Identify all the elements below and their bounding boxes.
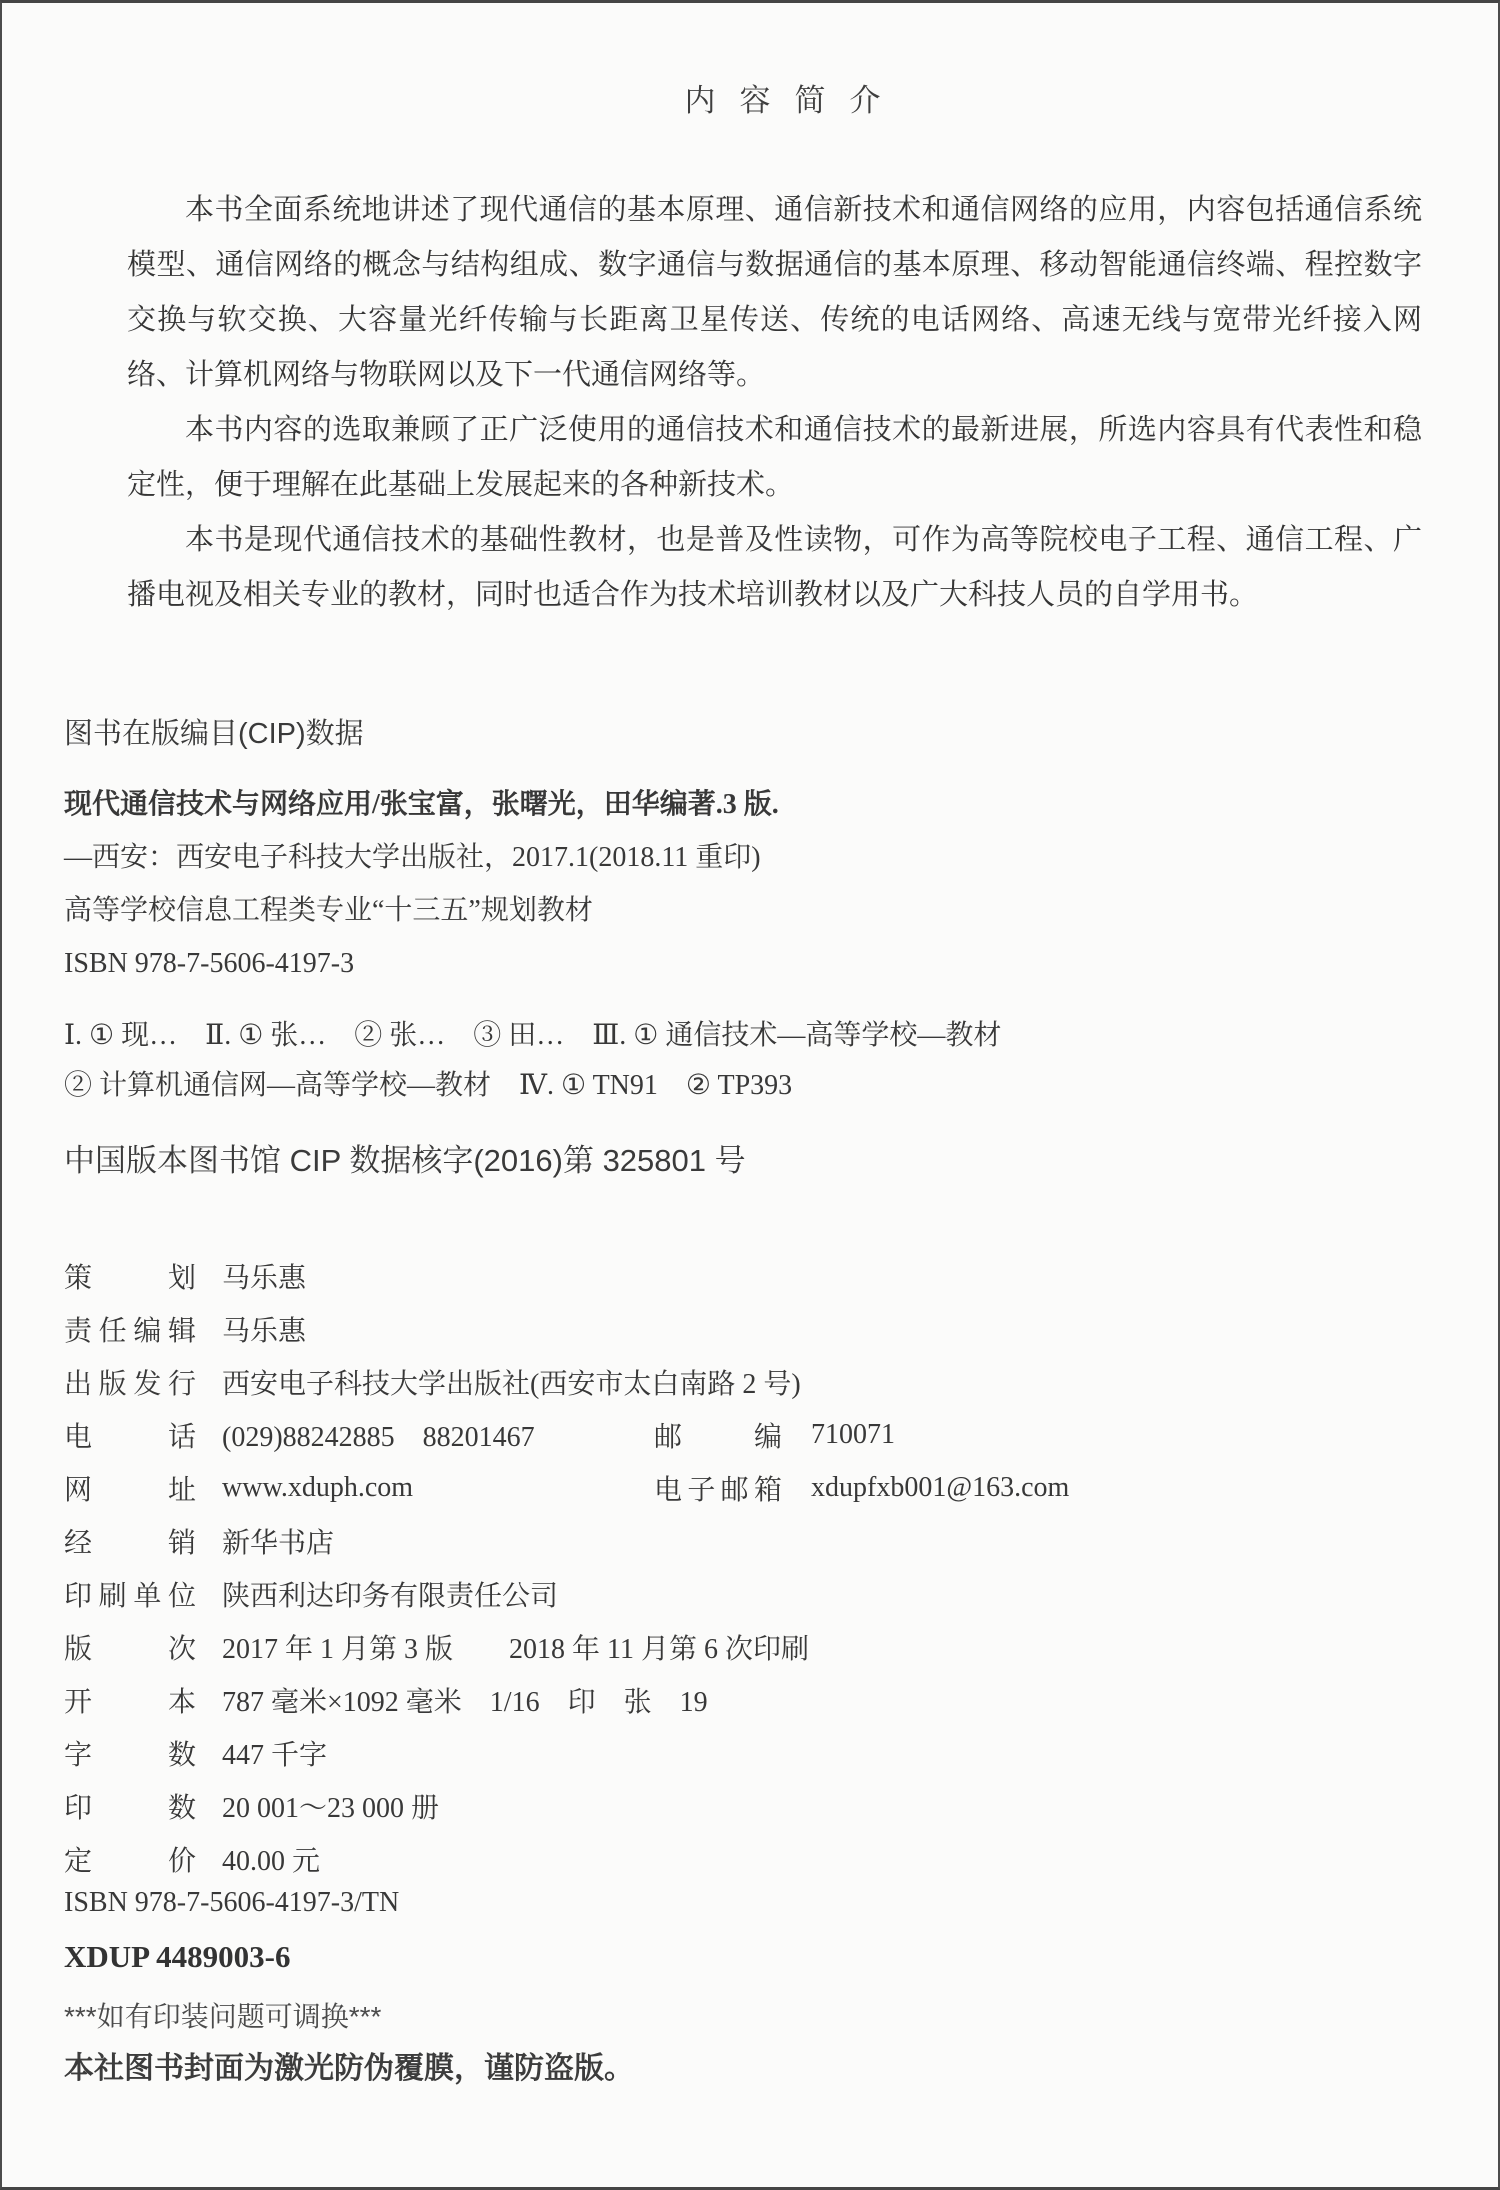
row-label: 版次 xyxy=(64,1627,196,1667)
colophon-row-price: 定价 40.00 元 xyxy=(64,1832,1404,1885)
row-value: www.xduph.com xyxy=(222,1472,654,1504)
colophon-row-phone: 电话 (029)88242885 88201467 邮编 710071 xyxy=(64,1408,1404,1461)
row-label: 电话 xyxy=(64,1415,196,1455)
anti-piracy-line: 本社图书封面为激光防伪覆膜，谨防盗版。 xyxy=(64,2043,634,2087)
cip-publisher-line: —西安：西安电子科技大学出版社，2017.1(2018.11 重印) xyxy=(64,831,1364,884)
colophon-row-website: 网址 www.xduph.com 电子邮箱 xdupfxb001@163.com xyxy=(64,1461,1404,1514)
row-label: 开本 xyxy=(64,1680,196,1720)
row-label: 印数 xyxy=(64,1786,196,1826)
colophon-list: 策划 马乐惠 责任编辑 马乐惠 出版发行 西安电子科技大学出版社(西安市太白南路… xyxy=(64,1249,1404,1885)
intro-paragraph-3: 本书是现代通信技术的基础性教材，也是普及性读物，可作为高等院校电子工程、通信工程… xyxy=(127,513,1422,623)
cip-record-number: 中国版本图书馆 CIP 数据核字(2016)第 325801 号 xyxy=(64,1135,746,1180)
row-value: 2017 年 1 月第 3 版 2018 年 11 月第 6 次印刷 xyxy=(222,1627,809,1667)
colophon-row-format: 开本 787 毫米×1092 毫米 1/16 印 张 19 xyxy=(64,1673,1404,1726)
colophon-row-editor: 责任编辑 马乐惠 xyxy=(64,1302,1404,1355)
colophon-row-publisher: 出版发行 西安电子科技大学出版社(西安市太白南路 2 号) xyxy=(64,1355,1404,1408)
row-label: 出版发行 xyxy=(64,1362,196,1402)
row-label-email: 电子邮箱 xyxy=(654,1468,782,1508)
cip-body: 现代通信技术与网络应用/张宝富，张曙光，田华编著.3 版. —西安：西安电子科技… xyxy=(64,778,1364,990)
cip-book-title-line: 现代通信技术与网络应用/张宝富，张曙光，田华编著.3 版. xyxy=(64,778,1364,831)
row-value: (029)88242885 88201467 xyxy=(222,1415,654,1455)
colophon-row-edition: 版次 2017 年 1 月第 3 版 2018 年 11 月第 6 次印刷 xyxy=(64,1620,1404,1673)
row-label-postcode: 邮编 xyxy=(654,1415,782,1455)
row-value: 西安电子科技大学出版社(西安市太白南路 2 号) xyxy=(222,1362,801,1402)
row-value: 马乐惠 xyxy=(222,1309,306,1349)
intro-section: 本书全面系统地讲述了现代通信的基本原理、通信新技术和通信网络的应用，内容包括通信… xyxy=(127,183,1422,623)
row-value-postcode: 710071 xyxy=(811,1419,895,1451)
xdup-code-line: XDUP 4489003-6 xyxy=(64,1939,290,1975)
row-label: 责任编辑 xyxy=(64,1309,196,1349)
row-label: 印刷单位 xyxy=(64,1574,196,1614)
cip-isbn-line: ISBN 978-7-5606-4197-3 xyxy=(64,937,1364,990)
row-label: 定价 xyxy=(64,1839,196,1879)
colophon-row-printer: 印刷单位 陕西利达印务有限责任公司 xyxy=(64,1567,1404,1620)
colophon-row-wordcount: 字数 447 千字 xyxy=(64,1726,1404,1779)
isbn-tn-line: ISBN 978-7-5606-4197-3/TN xyxy=(64,1887,399,1919)
row-value: 新华书店 xyxy=(222,1521,334,1561)
cip-series-line: 高等学校信息工程类专业“十三五”规划教材 xyxy=(64,884,1364,937)
row-value: 陕西利达印务有限责任公司 xyxy=(222,1574,558,1614)
exchange-note-line: ***如有印装问题可调换*** xyxy=(64,1995,381,2035)
row-label: 策划 xyxy=(64,1256,196,1296)
colophon-row-printrun: 印数 20 001～23 000 册 xyxy=(64,1779,1404,1832)
cip-classification-line-1: Ⅰ. ① 现… Ⅱ. ① 张… ② 张… ③ 田… Ⅲ. ① 通信技术—高等学校… xyxy=(64,1011,1404,1061)
intro-paragraph-1: 本书全面系统地讲述了现代通信的基本原理、通信新技术和通信网络的应用，内容包括通信… xyxy=(127,183,1422,403)
intro-title: 内容简介 xyxy=(127,75,1422,120)
colophon-row-distributor: 经销 新华书店 xyxy=(64,1514,1404,1567)
row-value-email: xdupfxb001@163.com xyxy=(811,1472,1069,1504)
row-label: 经销 xyxy=(64,1521,196,1561)
row-value: 40.00 元 xyxy=(222,1839,320,1879)
cip-classification: Ⅰ. ① 现… Ⅱ. ① 张… ② 张… ③ 田… Ⅲ. ① 通信技术—高等学校… xyxy=(64,1011,1404,1111)
row-label: 网址 xyxy=(64,1468,196,1508)
colophon-row-planner: 策划 马乐惠 xyxy=(64,1249,1404,1302)
intro-paragraph-2: 本书内容的选取兼顾了正广泛使用的通信技术和通信技术的最新进展，所选内容具有代表性… xyxy=(127,403,1422,513)
row-label: 字数 xyxy=(64,1733,196,1773)
cip-heading: 图书在版编目(CIP)数据 xyxy=(64,711,364,752)
cip-classification-line-2: ② 计算机通信网—高等学校—教材 Ⅳ. ① TN91 ② TP393 xyxy=(64,1061,1404,1111)
row-value: 447 千字 xyxy=(222,1733,327,1773)
row-value: 马乐惠 xyxy=(222,1256,306,1296)
row-value: 787 毫米×1092 毫米 1/16 印 张 19 xyxy=(222,1680,708,1720)
copyright-page: 内容简介 本书全面系统地讲述了现代通信的基本原理、通信新技术和通信网络的应用，内… xyxy=(0,0,1500,2190)
row-value: 20 001～23 000 册 xyxy=(222,1786,439,1826)
